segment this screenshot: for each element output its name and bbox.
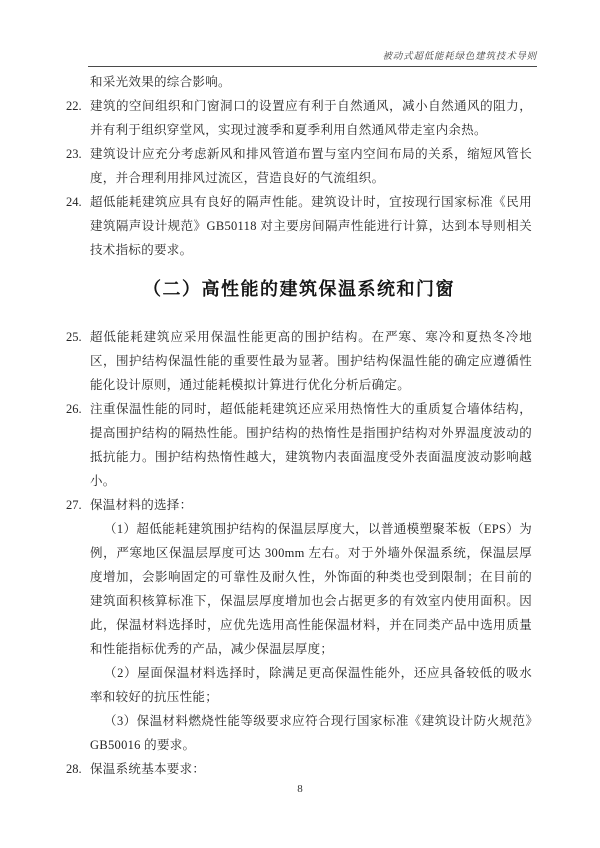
item-text: 保温系统基本要求：	[90, 757, 532, 781]
item-text: 保温材料的选择：（1）超低能耗建筑围护结构的保温层厚度大，以普通模塑聚苯板（EP…	[90, 493, 532, 757]
item-number: 27.	[66, 493, 82, 517]
running-header-title: 被动式超低能耗绿色建筑技术导则	[382, 52, 537, 62]
item-subparagraph: （2）屋面保温材料选择时，除满足更高保温性能外，还应具备较低的吸水率和较好的抗压…	[90, 661, 532, 709]
page-number: 8	[297, 783, 303, 795]
document-body: 和采光效果的综合影响。 22.建筑的空间组织和门窗洞口的设置应有利于自然通风，减…	[66, 70, 532, 781]
item-text: 建筑设计应充分考虑新风和排风管道布置与室内空间布局的关系，缩短风管长度，并合理利…	[90, 142, 532, 190]
continuation-paragraph: 和采光效果的综合影响。	[90, 70, 532, 94]
numbered-list-top: 22.建筑的空间组织和门窗洞口的设置应有利于自然通风，减小自然通风的阻力，并有利…	[66, 94, 532, 262]
item-subparagraph: （3）保温材料燃烧性能等级要求应符合现行国家标准《建筑设计防火规范》GB5001…	[90, 709, 532, 757]
item-paragraph: 建筑的空间组织和门窗洞口的设置应有利于自然通风，减小自然通风的阻力，并有利于组织…	[90, 94, 532, 142]
item-number: 28.	[66, 757, 82, 781]
item-paragraph: 注重保温性能的同时，超低能耗建筑还应采用热惰性大的重质复合墙体结构，提高围护结构…	[90, 397, 532, 493]
item-paragraph: 保温材料的选择：	[90, 493, 532, 517]
item-text: 超低能耗建筑应具有良好的隔声性能。建筑设计时，宜按现行国家标准《民用建筑隔声设计…	[90, 190, 532, 262]
list-item: 27.保温材料的选择：（1）超低能耗建筑围护结构的保温层厚度大，以普通模塑聚苯板…	[66, 493, 532, 757]
section-heading: （二）高性能的建筑保温系统和门窗	[66, 278, 532, 300]
list-item: 26.注重保温性能的同时，超低能耗建筑还应采用热惰性大的重质复合墙体结构，提高围…	[66, 397, 532, 493]
item-number: 22.	[66, 94, 82, 118]
page-footer: 8	[0, 783, 600, 795]
item-number: 26.	[66, 397, 82, 421]
list-item: 25.超低能耗建筑应采用保温性能更高的围护结构。在严寒、寒冷和夏热冬冷地区，围护…	[66, 325, 532, 397]
list-item: 22.建筑的空间组织和门窗洞口的设置应有利于自然通风，减小自然通风的阻力，并有利…	[66, 94, 532, 142]
item-text: 超低能耗建筑应采用保温性能更高的围护结构。在严寒、寒冷和夏热冬冷地区，围护结构保…	[90, 325, 532, 397]
numbered-list-bottom: 25.超低能耗建筑应采用保温性能更高的围护结构。在严寒、寒冷和夏热冬冷地区，围护…	[66, 325, 532, 781]
running-header: 被动式超低能耗绿色建筑技术导则	[88, 48, 537, 67]
list-item: 24.超低能耗建筑应具有良好的隔声性能。建筑设计时，宜按现行国家标准《民用建筑隔…	[66, 190, 532, 262]
item-text: 注重保温性能的同时，超低能耗建筑还应采用热惰性大的重质复合墙体结构，提高围护结构…	[90, 397, 532, 493]
item-number: 23.	[66, 142, 82, 166]
item-paragraph: 超低能耗建筑应采用保温性能更高的围护结构。在严寒、寒冷和夏热冬冷地区，围护结构保…	[90, 325, 532, 397]
list-item: 23.建筑设计应充分考虑新风和排风管道布置与室内空间布局的关系，缩短风管长度，并…	[66, 142, 532, 190]
item-paragraph: 建筑设计应充分考虑新风和排风管道布置与室内空间布局的关系，缩短风管长度，并合理利…	[90, 142, 532, 190]
item-number: 24.	[66, 190, 82, 214]
item-number: 25.	[66, 325, 82, 349]
item-paragraph: 保温系统基本要求：	[90, 757, 532, 781]
item-subparagraph: （1）超低能耗建筑围护结构的保温层厚度大，以普通模塑聚苯板（EPS）为例，严寒地…	[90, 517, 532, 661]
list-item: 28.保温系统基本要求：	[66, 757, 532, 781]
item-text: 建筑的空间组织和门窗洞口的设置应有利于自然通风，减小自然通风的阻力，并有利于组织…	[90, 94, 532, 142]
item-paragraph: 超低能耗建筑应具有良好的隔声性能。建筑设计时，宜按现行国家标准《民用建筑隔声设计…	[90, 190, 532, 262]
document-page: 被动式超低能耗绿色建筑技术导则 和采光效果的综合影响。 22.建筑的空间组织和门…	[0, 0, 600, 848]
